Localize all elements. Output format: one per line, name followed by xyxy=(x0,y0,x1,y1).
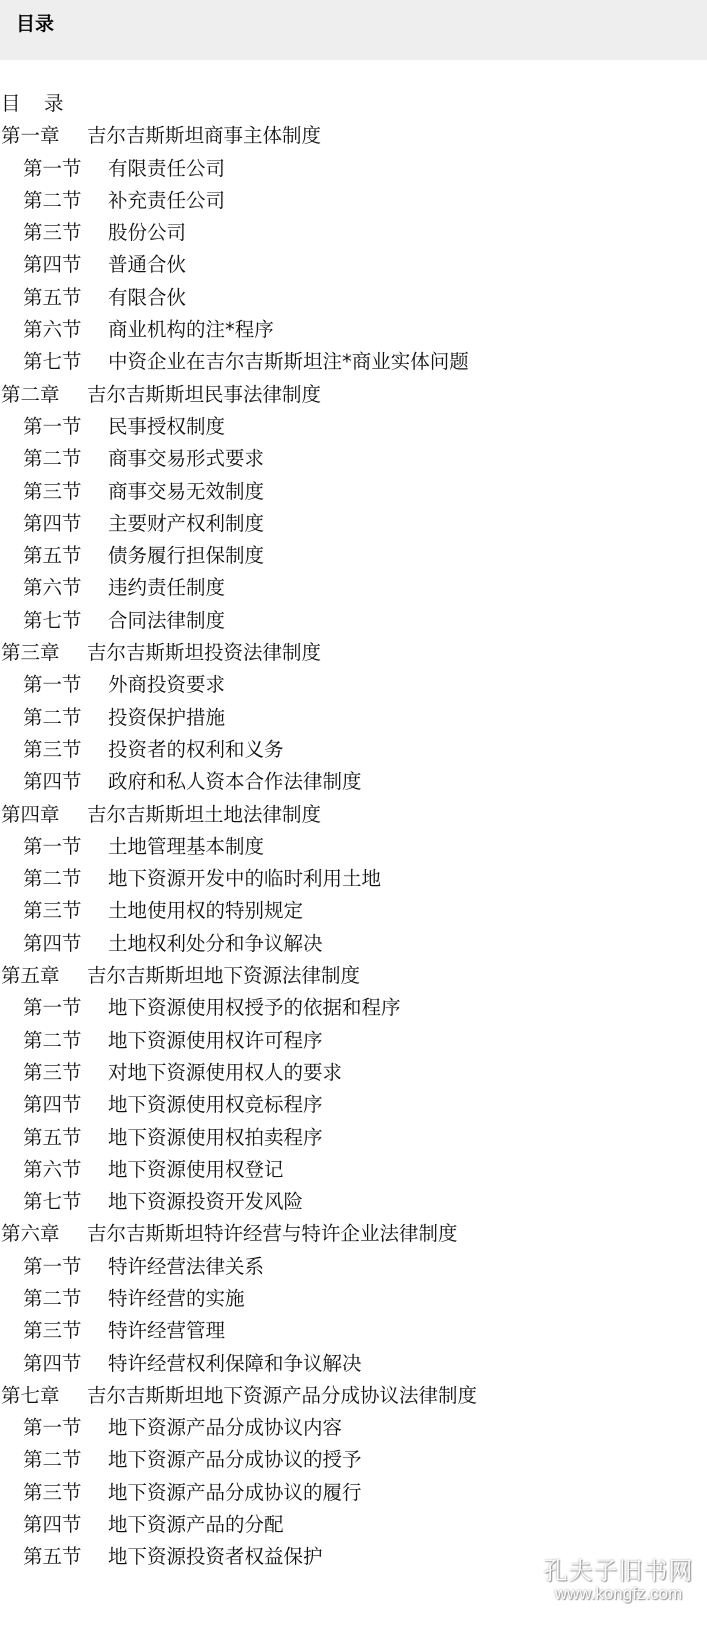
chapter-title: 吉尔吉斯斯坦地下资源产品分成协议法律制度 xyxy=(87,1382,477,1410)
chapter-title: 吉尔吉斯斯坦特许经营与特许企业法律制度 xyxy=(87,1220,458,1248)
chapter-number: 第三章 xyxy=(1,639,60,667)
toc-chapter[interactable]: 第二章吉尔吉斯斯坦民事法律制度 xyxy=(0,381,707,413)
toc-section[interactable]: 第四节地下资源产品的分配 xyxy=(0,1511,707,1543)
toc-section[interactable]: 第五节地下资源使用权拍卖程序 xyxy=(0,1124,707,1156)
toc-section[interactable]: 第一节外商投资要求 xyxy=(0,671,707,703)
section-title: 特许经营权利保障和争议解决 xyxy=(108,1350,362,1378)
toc-section[interactable]: 第一节民事授权制度 xyxy=(0,413,707,445)
toc-section[interactable]: 第六节地下资源使用权登记 xyxy=(0,1156,707,1188)
section-number: 第一节 xyxy=(23,1253,82,1281)
toc-section[interactable]: 第一节有限责任公司 xyxy=(0,155,707,187)
section-title: 地下资源使用权拍卖程序 xyxy=(108,1124,323,1152)
toc-section[interactable]: 第七节合同法律制度 xyxy=(0,607,707,639)
section-title: 普通合伙 xyxy=(108,251,186,279)
section-title: 外商投资要求 xyxy=(108,671,225,699)
toc-section[interactable]: 第二节地下资源使用权许可程序 xyxy=(0,1027,707,1059)
section-number: 第四节 xyxy=(23,1350,82,1378)
toc-chapter[interactable]: 第四章吉尔吉斯斯坦土地法律制度 xyxy=(0,801,707,833)
section-title: 投资保护措施 xyxy=(108,704,225,732)
chapter-title: 吉尔吉斯斯坦土地法律制度 xyxy=(87,801,321,829)
chapter-title: 吉尔吉斯斯坦地下资源法律制度 xyxy=(87,962,360,990)
toc-heading-char: 录 xyxy=(44,90,64,118)
section-number: 第三节 xyxy=(23,1317,82,1345)
section-number: 第二节 xyxy=(23,865,82,893)
chapter-number: 第一章 xyxy=(1,122,60,150)
toc-section[interactable]: 第三节投资者的权利和义务 xyxy=(0,736,707,768)
section-title: 政府和私人资本合作法律制度 xyxy=(108,768,362,796)
toc-section[interactable]: 第五节地下资源投资者权益保护 xyxy=(0,1543,707,1575)
section-title: 地下资源产品分成协议的授予 xyxy=(108,1446,362,1474)
chapter-number: 第七章 xyxy=(1,1382,60,1410)
section-title: 特许经营法律关系 xyxy=(108,1253,264,1281)
toc-section[interactable]: 第二节特许经营的实施 xyxy=(0,1285,707,1317)
toc-heading: 目 录 xyxy=(0,90,707,122)
section-title: 主要财产权利制度 xyxy=(108,510,264,538)
section-number: 第四节 xyxy=(23,768,82,796)
section-title: 商业机构的注*程序 xyxy=(108,316,274,344)
table-of-contents: 目 录 第一章吉尔吉斯斯坦商事主体制度第一节有限责任公司第二节补充责任公司第三节… xyxy=(0,90,707,1576)
section-title: 地下资源产品分成协议内容 xyxy=(108,1414,342,1442)
section-number: 第三节 xyxy=(23,897,82,925)
section-number: 第五节 xyxy=(23,542,82,570)
section-title: 地下资源使用权竞标程序 xyxy=(108,1091,323,1119)
section-title: 有限合伙 xyxy=(108,284,186,312)
toc-section[interactable]: 第六节违约责任制度 xyxy=(0,574,707,606)
section-title: 特许经营管理 xyxy=(108,1317,225,1345)
section-title: 特许经营的实施 xyxy=(108,1285,245,1313)
section-title: 民事授权制度 xyxy=(108,413,225,441)
toc-section[interactable]: 第四节主要财产权利制度 xyxy=(0,510,707,542)
watermark-url: www.kongfz.com xyxy=(536,1584,701,1604)
section-number: 第五节 xyxy=(23,1543,82,1571)
toc-section[interactable]: 第五节债务履行担保制度 xyxy=(0,542,707,574)
chapter-title: 吉尔吉斯斯坦投资法律制度 xyxy=(87,639,321,667)
section-number: 第四节 xyxy=(23,251,82,279)
chapter-number: 第四章 xyxy=(1,801,60,829)
section-title: 地下资源投资者权益保护 xyxy=(108,1543,323,1571)
toc-chapter[interactable]: 第三章吉尔吉斯斯坦投资法律制度 xyxy=(0,639,707,671)
section-number: 第四节 xyxy=(23,930,82,958)
toc-section[interactable]: 第一节地下资源使用权授予的依据和程序 xyxy=(0,994,707,1026)
section-title: 土地管理基本制度 xyxy=(108,833,264,861)
toc-section[interactable]: 第四节土地权利处分和争议解决 xyxy=(0,930,707,962)
section-number: 第四节 xyxy=(23,1511,82,1539)
section-number: 第三节 xyxy=(23,219,82,247)
section-number: 第二节 xyxy=(23,1285,82,1313)
toc-section[interactable]: 第五节有限合伙 xyxy=(0,284,707,316)
section-title: 地下资源使用权授予的依据和程序 xyxy=(108,994,401,1022)
section-number: 第三节 xyxy=(23,1059,82,1087)
section-number: 第七节 xyxy=(23,348,82,376)
section-number: 第七节 xyxy=(23,607,82,635)
toc-section[interactable]: 第二节投资保护措施 xyxy=(0,704,707,736)
toc-section[interactable]: 第七节中资企业在吉尔吉斯斯坦注*商业实体问题 xyxy=(0,348,707,380)
section-number: 第六节 xyxy=(23,316,82,344)
section-title: 商事交易无效制度 xyxy=(108,478,264,506)
section-number: 第二节 xyxy=(23,445,82,473)
section-title: 地下资源投资开发风险 xyxy=(108,1188,303,1216)
section-number: 第三节 xyxy=(23,1479,82,1507)
toc-section[interactable]: 第一节特许经营法律关系 xyxy=(0,1253,707,1285)
section-number: 第一节 xyxy=(23,155,82,183)
section-number: 第二节 xyxy=(23,1027,82,1055)
section-title: 投资者的权利和义务 xyxy=(108,736,284,764)
section-title: 地下资源使用权许可程序 xyxy=(108,1027,323,1055)
section-title: 地下资源产品的分配 xyxy=(108,1511,284,1539)
section-number: 第四节 xyxy=(23,510,82,538)
chapter-number: 第二章 xyxy=(1,381,60,409)
toc-section[interactable]: 第二节地下资源产品分成协议的授予 xyxy=(0,1446,707,1478)
section-title: 合同法律制度 xyxy=(108,607,225,635)
section-number: 第七节 xyxy=(23,1188,82,1216)
page-header: 目录 xyxy=(0,0,707,60)
toc-section[interactable]: 第二节补充责任公司 xyxy=(0,187,707,219)
chapter-number: 第五章 xyxy=(1,962,60,990)
toc-section[interactable]: 第四节特许经营权利保障和争议解决 xyxy=(0,1350,707,1382)
toc-section[interactable]: 第三节对地下资源使用权人的要求 xyxy=(0,1059,707,1091)
page-title: 目录 xyxy=(16,11,54,37)
toc-section[interactable]: 第六节商业机构的注*程序 xyxy=(0,316,707,348)
section-title: 补充责任公司 xyxy=(108,187,225,215)
toc-chapter[interactable]: 第七章吉尔吉斯斯坦地下资源产品分成协议法律制度 xyxy=(0,1382,707,1414)
toc-section[interactable]: 第七节地下资源投资开发风险 xyxy=(0,1188,707,1220)
section-number: 第一节 xyxy=(23,671,82,699)
section-number: 第二节 xyxy=(23,187,82,215)
section-number: 第一节 xyxy=(23,994,82,1022)
section-title: 土地使用权的特别规定 xyxy=(108,897,303,925)
section-number: 第五节 xyxy=(23,284,82,312)
section-number: 第三节 xyxy=(23,736,82,764)
section-title: 土地权利处分和争议解决 xyxy=(108,930,323,958)
toc-section[interactable]: 第三节特许经营管理 xyxy=(0,1317,707,1349)
toc-chapter[interactable]: 第六章吉尔吉斯斯坦特许经营与特许企业法律制度 xyxy=(0,1220,707,1252)
section-number: 第五节 xyxy=(23,1124,82,1152)
toc-chapter[interactable]: 第五章吉尔吉斯斯坦地下资源法律制度 xyxy=(0,962,707,994)
section-title: 商事交易形式要求 xyxy=(108,445,264,473)
toc-section[interactable]: 第三节商事交易无效制度 xyxy=(0,478,707,510)
toc-section[interactable]: 第二节商事交易形式要求 xyxy=(0,445,707,477)
toc-chapter[interactable]: 第一章吉尔吉斯斯坦商事主体制度 xyxy=(0,122,707,154)
toc-heading-char: 目 xyxy=(1,90,21,118)
section-number: 第二节 xyxy=(23,704,82,732)
toc-section[interactable]: 第四节地下资源使用权竞标程序 xyxy=(0,1091,707,1123)
chapter-number: 第六章 xyxy=(1,1220,60,1248)
toc-section[interactable]: 第一节土地管理基本制度 xyxy=(0,833,707,865)
section-number: 第一节 xyxy=(23,1414,82,1442)
toc-section[interactable]: 第三节地下资源产品分成协议的履行 xyxy=(0,1479,707,1511)
section-number: 第三节 xyxy=(23,478,82,506)
toc-section[interactable]: 第三节土地使用权的特别规定 xyxy=(0,897,707,929)
section-number: 第二节 xyxy=(23,1446,82,1474)
toc-section[interactable]: 第一节地下资源产品分成协议内容 xyxy=(0,1414,707,1446)
section-title: 股份公司 xyxy=(108,219,186,247)
section-number: 第六节 xyxy=(23,574,82,602)
section-number: 第六节 xyxy=(23,1156,82,1184)
chapter-title: 吉尔吉斯斯坦民事法律制度 xyxy=(87,381,321,409)
toc-section[interactable]: 第二节地下资源开发中的临时利用土地 xyxy=(0,865,707,897)
section-title: 地下资源使用权登记 xyxy=(108,1156,284,1184)
section-title: 对地下资源使用权人的要求 xyxy=(108,1059,342,1087)
chapter-title: 吉尔吉斯斯坦商事主体制度 xyxy=(87,122,321,150)
section-title: 中资企业在吉尔吉斯斯坦注*商业实体问题 xyxy=(108,348,469,376)
section-title: 地下资源产品分成协议的履行 xyxy=(108,1479,362,1507)
section-title: 地下资源开发中的临时利用土地 xyxy=(108,865,381,893)
section-title: 债务履行担保制度 xyxy=(108,542,264,570)
section-number: 第一节 xyxy=(23,413,82,441)
toc-section[interactable]: 第三节股份公司 xyxy=(0,219,707,251)
section-number: 第四节 xyxy=(23,1091,82,1119)
toc-section[interactable]: 第四节普通合伙 xyxy=(0,251,707,283)
section-title: 有限责任公司 xyxy=(108,155,225,183)
section-number: 第一节 xyxy=(23,833,82,861)
toc-section[interactable]: 第四节政府和私人资本合作法律制度 xyxy=(0,768,707,800)
section-title: 违约责任制度 xyxy=(108,574,225,602)
